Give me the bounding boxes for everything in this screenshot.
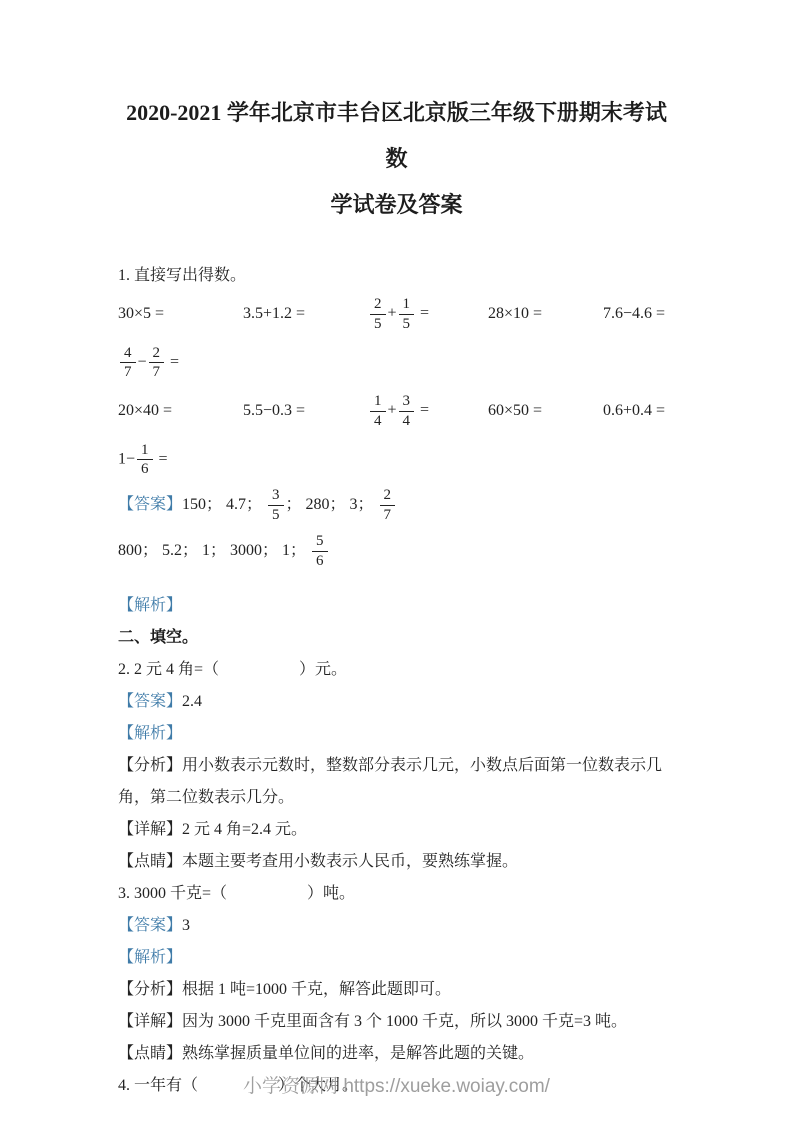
fraction: 27	[149, 345, 165, 381]
answer-values: 800； 5.2； 1； 3000； 1； 56	[118, 542, 330, 559]
page-title: 2020-2021 学年北京市丰台区北京版三年级下册期末考试数 学试卷及答案	[118, 0, 675, 228]
fraction: 15	[399, 296, 415, 332]
section2-heading: 二、填空。	[118, 622, 675, 654]
question1-row3: 20×40 = 5.5−0.3 = 14+34 = 60×50 = 0.6+0.…	[118, 385, 675, 437]
question2-fenxi: 【分析】用小数表示元数时，整数部分表示几元，小数点后面第一位数表示几角，第二位数…	[118, 750, 675, 814]
fraction: 34	[399, 393, 415, 429]
answer-value: 2.4	[182, 693, 202, 710]
question1-heading: 1. 直接写出得数。	[118, 264, 675, 288]
analysis-label: 【解析】	[118, 949, 182, 966]
math-expression: 28×10 =	[488, 305, 603, 323]
math-expression: 25+15 =	[368, 296, 488, 332]
question1-answer-line1: 【答案】150； 4.7； 35； 280； 3； 27	[118, 482, 675, 528]
math-expression: 5.5−0.3 =	[243, 402, 368, 420]
math-expression: 1−16 =	[118, 442, 168, 478]
site-watermark: 小学资源网 https://xueke.woiay.com/	[0, 1071, 793, 1098]
math-expression: 7.6−4.6 =	[603, 305, 675, 323]
question3-text: 3. 3000 千克=（ ）吨。	[118, 878, 675, 910]
fraction: 47	[120, 345, 136, 381]
math-expression: 20×40 =	[118, 402, 243, 420]
answer-label: 【答案】	[118, 917, 182, 934]
answer-value: 3	[182, 917, 190, 934]
question1-row2: 47−27 =	[118, 340, 675, 385]
question3-fenxi: 【分析】根据 1 吨=1000 千克，解答此题即可。	[118, 974, 675, 1006]
fraction: 14	[370, 393, 386, 429]
analysis-label: 【解析】	[118, 597, 182, 614]
answer-label: 【答案】	[118, 693, 182, 710]
question2-dianjing: 【点睛】本题主要考查用小数表示人民币，要熟练掌握。	[118, 846, 675, 878]
question1-answer-line2: 800； 5.2； 1； 3000； 1； 56	[118, 528, 675, 574]
math-expression: 47−27 =	[118, 345, 179, 381]
math-expression: 3.5+1.2 =	[243, 305, 368, 323]
math-expression: 0.6+0.4 =	[603, 402, 675, 420]
document-content: 2020-2021 学年北京市丰台区北京版三年级下册期末考试数 学试卷及答案 1…	[0, 0, 793, 1102]
site-watermark-text: 小学资源网 https://xueke.woiay.com/	[243, 1076, 550, 1097]
analysis-label: 【解析】	[118, 725, 182, 742]
question2-answer: 【答案】2.4	[118, 686, 675, 718]
answer-label: 【答案】	[118, 496, 182, 513]
question1-row1: 30×5 = 3.5+1.2 = 25+15 = 28×10 = 7.6−4.6…	[118, 288, 675, 340]
question3-answer: 【答案】3	[118, 910, 675, 942]
page-title-line1: 2020-2021 学年北京市丰台区北京版三年级下册期末考试数	[126, 100, 667, 171]
fraction: 27	[380, 487, 396, 523]
question1-row4: 1−16 =	[118, 437, 675, 482]
question2-text: 2. 2 元 4 角=（ ）元。	[118, 654, 675, 686]
question3-dianjing: 【点睛】熟练掌握质量单位间的进率，是解答此题的关键。	[118, 1038, 675, 1070]
question3-xiangjie: 【详解】因为 3000 千克里面含有 3 个 1000 千克，所以 3000 千…	[118, 1006, 675, 1038]
math-expression: 60×50 =	[488, 402, 603, 420]
fraction: 25	[370, 296, 386, 332]
question2-xiangjie: 【详解】2 元 4 角=2.4 元。	[118, 814, 675, 846]
question3-analysis-label: 【解析】	[118, 942, 675, 974]
answer-values: 150； 4.7； 35； 280； 3； 27	[182, 496, 397, 513]
fraction: 56	[312, 533, 328, 569]
question1-analysis-label: 【解析】	[118, 590, 675, 622]
fraction: 16	[137, 442, 153, 478]
fraction: 35	[268, 487, 284, 523]
math-expression: 14+34 =	[368, 393, 488, 429]
question2-analysis-label: 【解析】	[118, 718, 675, 750]
page-title-line2: 学试卷及答案	[330, 192, 462, 217]
document-page: 2020-2021 学年北京市丰台区北京版三年级下册期末考试数 学试卷及答案 1…	[0, 0, 793, 1122]
math-expression: 30×5 =	[118, 305, 243, 323]
